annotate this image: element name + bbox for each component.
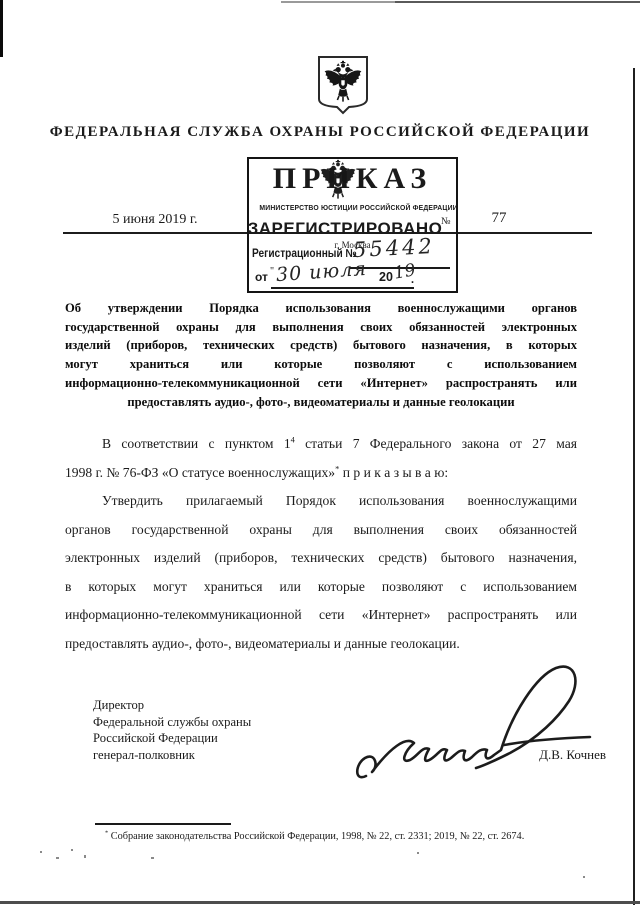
footnote-text: Собрание законодательства Российской Фед… <box>108 831 524 842</box>
body-line: электронных изделий (приборов, техническ… <box>65 544 577 573</box>
stamp-period: . <box>411 272 414 287</box>
stamp-quote-mark: " <box>270 266 274 277</box>
stamp-from-label: от <box>255 270 268 284</box>
footnote-rule <box>95 823 231 825</box>
scan-artifact-top-line <box>395 1 640 3</box>
ministry-eagle-icon <box>319 157 357 203</box>
body-line: информационно-телекоммуникационной сети … <box>65 601 577 630</box>
subject-line: могут храниться или которые позволяют с … <box>65 355 577 374</box>
body-line: в которых могут храниться или которые по… <box>65 573 577 602</box>
scan-speck <box>56 857 59 859</box>
stamp-year-printed: 20 <box>379 270 393 284</box>
stamp-date-underline <box>271 287 414 289</box>
body-text: В соответствии с пунктом 14 статьи 7 Фед… <box>65 430 577 658</box>
stamp-reg-label: Регистрационный № <box>252 248 357 260</box>
scan-speck <box>583 876 585 878</box>
body-text-span: 1998 г. № 76-ФЗ «О статусе военнослужащи… <box>65 465 335 480</box>
subject-line: информационно-телекоммуникационной сети … <box>65 374 577 393</box>
body-line: Утвердить прилагаемый Порядок использова… <box>65 487 577 516</box>
document-page: ФЕДЕРАЛЬНАЯ СЛУЖБА ОХРАНЫ РОССИЙСКОЙ ФЕД… <box>0 0 640 905</box>
signer-title-line: Директор <box>93 697 373 714</box>
ministry-emblem <box>319 157 357 203</box>
subject-line: Об утверждении Порядка использования вое… <box>65 299 577 318</box>
scan-speck <box>417 852 419 854</box>
body-line: 1998 г. № 76-ФЗ «О статусе военнослужащи… <box>65 459 577 488</box>
scan-speck <box>151 857 154 859</box>
scan-artifact-bottom-bar <box>0 901 640 904</box>
doc-date: 5 июня 2019 г. <box>63 212 247 228</box>
state-emblem <box>317 55 369 115</box>
signature-stroke-icon <box>352 652 614 784</box>
footnote: * Собрание законодательства Российской Ф… <box>65 831 579 842</box>
subject-heading: Об утверждении Порядка использования вое… <box>65 299 577 411</box>
signer-title-block: Директор Федеральной службы охраны Росси… <box>93 697 373 763</box>
org-title: ФЕДЕРАЛЬНАЯ СЛУЖБА ОХРАНЫ РОССИЙСКОЙ ФЕД… <box>0 124 640 141</box>
body-text-span: статьи 7 Федерального закона от 27 мая <box>295 436 577 451</box>
subject-line: изделий (приборов, технических средств) … <box>65 336 577 355</box>
signer-name: Д.В. Кочнев <box>450 747 606 763</box>
stamp-ministry-line: МИНИСТЕРСТВО ЮСТИЦИИ РОССИЙСКОЙ ФЕДЕРАЦИ… <box>259 203 445 212</box>
signer-title-line: Федеральной службы охраны <box>93 714 373 731</box>
signer-title-line: Российской Федерации <box>93 730 373 747</box>
scan-artifact-left-bar <box>0 0 3 57</box>
signer-title-line: генерал-полковник <box>93 747 373 764</box>
subject-line: предоставлять аудио-, фото-, видеоматери… <box>65 393 577 412</box>
subject-line: государственной охраны для выполнения св… <box>65 318 577 337</box>
body-text-span: В соответствии с пунктом 1 <box>102 436 291 451</box>
handwritten-signature <box>352 652 614 784</box>
scan-speck <box>40 851 42 853</box>
doc-number: 77 <box>459 210 539 227</box>
body-line: В соответствии с пунктом 14 статьи 7 Фед… <box>65 430 577 459</box>
body-text-span: п р и к а з ы в а ю: <box>339 465 448 480</box>
scan-artifact-right-line <box>633 68 635 905</box>
scan-speck <box>71 849 73 851</box>
body-line: органов государственной охраны для выпол… <box>65 516 577 545</box>
coat-of-arms-icon <box>317 55 369 115</box>
scan-speck <box>84 855 86 858</box>
